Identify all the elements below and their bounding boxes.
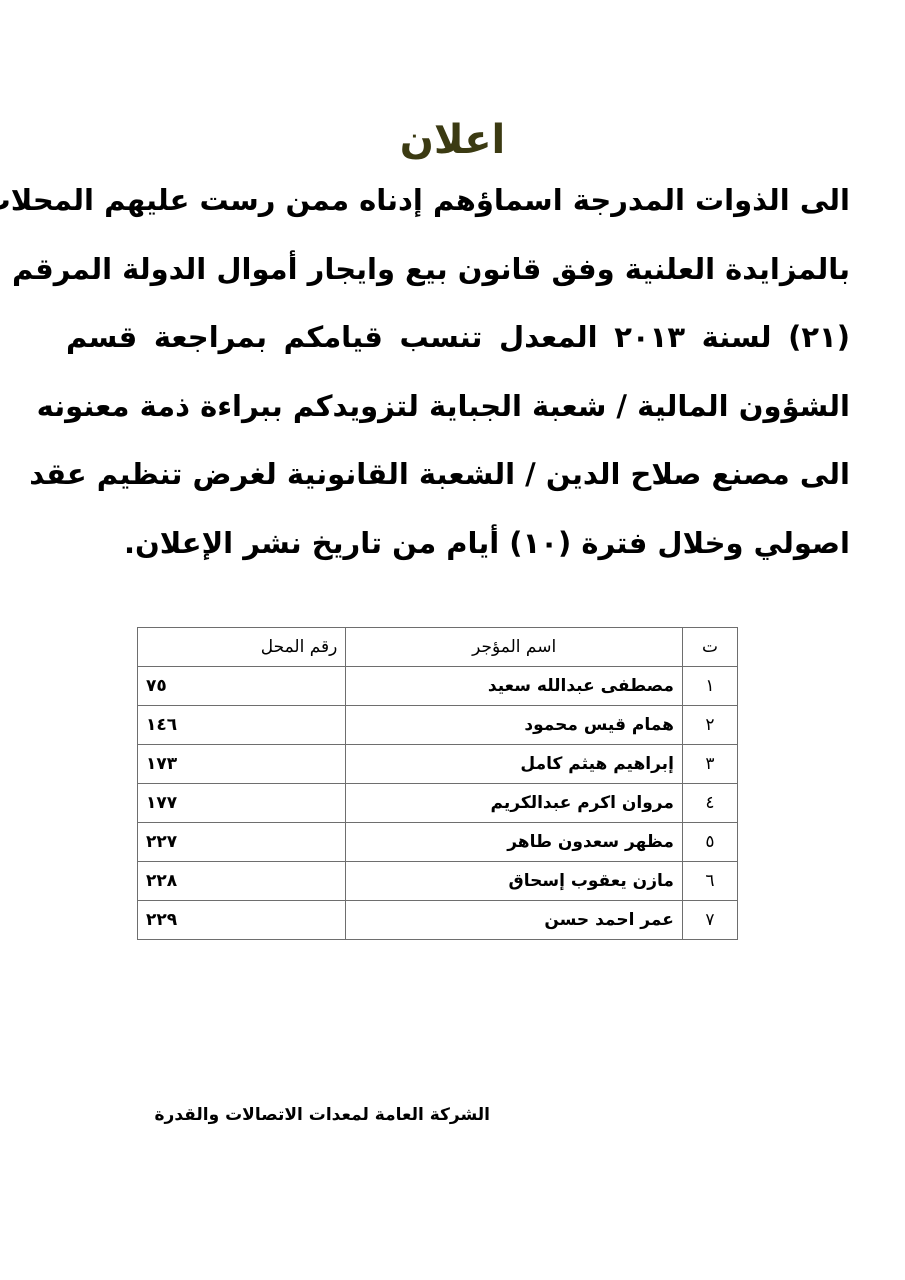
row-shop-number: ٧٥ xyxy=(138,667,346,706)
announcement-body: الى الذوات المدرجة اسماؤهم إدناه ممن رست… xyxy=(66,166,850,577)
tenants-table: ت اسم المؤجر رقم المحل ١ مصطفى عبدالله س… xyxy=(137,627,738,940)
table-row: ٧ عمر احمد حسن ٢٢٩ xyxy=(138,901,738,940)
header-shop-number: رقم المحل xyxy=(138,628,346,667)
row-seq: ٦ xyxy=(682,862,737,901)
row-tenant-name: همام قيس محمود xyxy=(346,706,683,745)
row-shop-number: ٢٢٩ xyxy=(138,901,346,940)
organization-signature: الشركة العامة لمعدات الاتصالات والقدرة xyxy=(140,1100,490,1130)
body-line-6: اصولي وخلال فترة (١٠) أيام من تاريخ نشر … xyxy=(66,509,850,578)
row-seq: ٥ xyxy=(682,823,737,862)
row-shop-number: ١٧٧ xyxy=(138,784,346,823)
row-seq: ٢ xyxy=(682,706,737,745)
table-row: ١ مصطفى عبدالله سعيد ٧٥ xyxy=(138,667,738,706)
table-row: ٢ همام قيس محمود ١٤٦ xyxy=(138,706,738,745)
row-seq: ٣ xyxy=(682,745,737,784)
table-row: ٦ مازن يعقوب إسحاق ٢٢٨ xyxy=(138,862,738,901)
table-row: ٥ مظهر سعدون طاهر ٢٢٧ xyxy=(138,823,738,862)
row-seq: ٧ xyxy=(682,901,737,940)
row-tenant-name: مازن يعقوب إسحاق xyxy=(346,862,683,901)
announcement-title: اعلان xyxy=(0,112,905,168)
header-tenant-name: اسم المؤجر xyxy=(346,628,683,667)
header-seq: ت xyxy=(682,628,737,667)
body-line-2: بالمزايدة العلنية وفق قانون بيع وايجار أ… xyxy=(66,235,850,304)
row-shop-number: ٢٢٧ xyxy=(138,823,346,862)
row-tenant-name: مصطفى عبدالله سعيد xyxy=(346,667,683,706)
row-shop-number: ٢٢٨ xyxy=(138,862,346,901)
body-line-5: الى مصنع صلاح الدين / الشعبة القانونية ل… xyxy=(66,440,850,509)
body-line-3: (٢١) لسنة ٢٠١٣ المعدل تنسب قيامكم بمراجع… xyxy=(66,303,850,372)
row-seq: ٤ xyxy=(682,784,737,823)
row-tenant-name: مروان اكرم عبدالكريم xyxy=(346,784,683,823)
body-line-4: الشؤون المالية / شعبة الجباية لتزويدكم ب… xyxy=(66,372,850,441)
row-tenant-name: عمر احمد حسن xyxy=(346,901,683,940)
row-shop-number: ١٧٣ xyxy=(138,745,346,784)
table-row: ٣ إبراهيم هيثم كامل ١٧٣ xyxy=(138,745,738,784)
row-seq: ١ xyxy=(682,667,737,706)
row-tenant-name: مظهر سعدون طاهر xyxy=(346,823,683,862)
row-tenant-name: إبراهيم هيثم كامل xyxy=(346,745,683,784)
table-header-row: ت اسم المؤجر رقم المحل xyxy=(138,628,738,667)
table-row: ٤ مروان اكرم عبدالكريم ١٧٧ xyxy=(138,784,738,823)
body-line-1: الى الذوات المدرجة اسماؤهم إدناه ممن رست… xyxy=(66,166,850,235)
row-shop-number: ١٤٦ xyxy=(138,706,346,745)
